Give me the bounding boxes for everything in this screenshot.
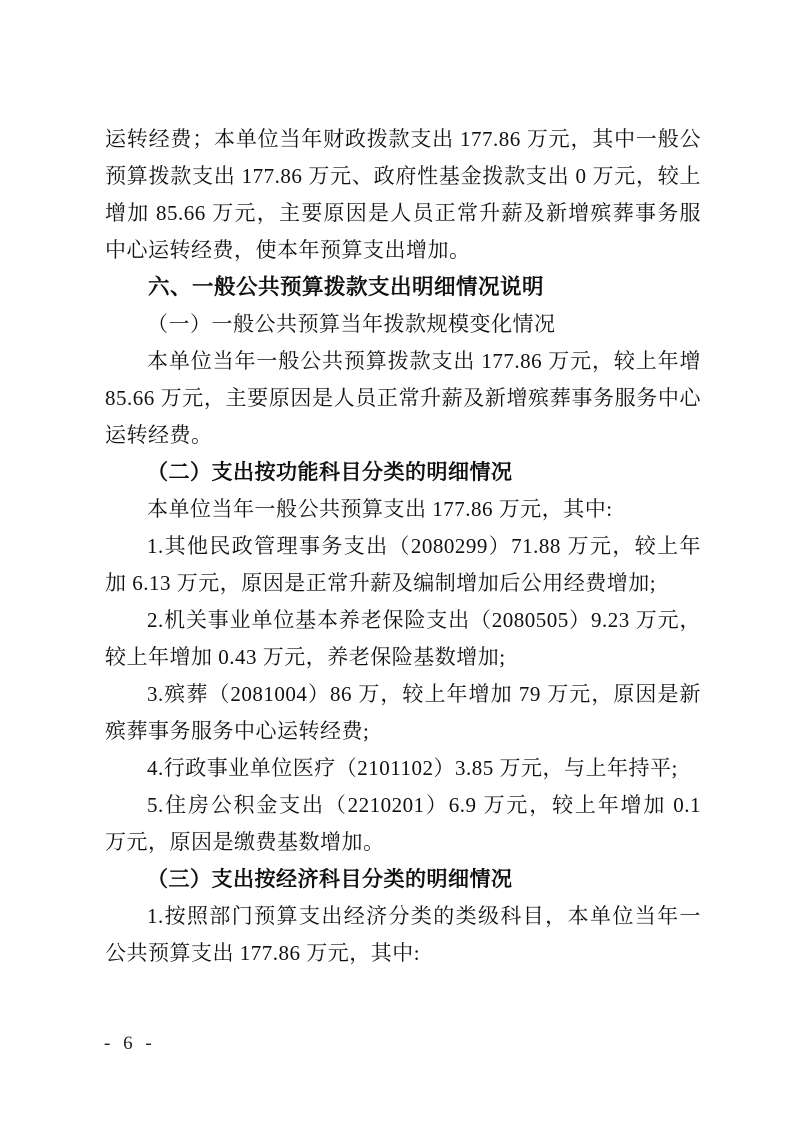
text-line: 1.其他民政管理事务支出（2080299）71.88 万元，较上年增	[105, 528, 701, 565]
text-line: 5.住房公积金支出（2210201）6.9 万元，较上年增加 0.1	[105, 787, 701, 824]
text-line: （一）一般公共预算当年拨款规模变化情况	[105, 306, 701, 343]
text-line: 本单位当年一般公共预算支出 177.86 万元，其中:	[105, 491, 701, 528]
text-line: 85.66 万元，主要原因是人员正常升薪及新增殡葬事务服务中心	[105, 380, 701, 417]
text-line: 中心运转经费，使本年预算支出增加。	[105, 232, 701, 269]
text-line: 4.行政事业单位医疗（2101102）3.85 万元，与上年持平;	[105, 750, 701, 787]
text-line: 增加 85.66 万元，主要原因是人员正常升薪及新增殡葬事务服务	[105, 195, 701, 232]
document-body: 运转经费；本单位当年财政拨款支出 177.86 万元，其中一般公共预算拨款支出 …	[105, 121, 701, 972]
text-line: 预算拨款支出 177.86 万元、政府性基金拨款支出 0 万元，较上年	[105, 158, 701, 195]
text-line: 万元，原因是缴费基数增加。	[105, 824, 701, 861]
text-line: 运转经费。	[105, 417, 701, 454]
text-line: 加 6.13 万元，原因是正常升薪及编制增加后公用经费增加;	[105, 565, 701, 602]
document-page: 运转经费；本单位当年财政拨款支出 177.86 万元，其中一般公共预算拨款支出 …	[0, 0, 793, 1122]
text-line: 2.机关事业单位基本养老保险支出（2080505）9.23 万元，	[105, 602, 701, 639]
text-line: 3.殡葬（2081004）86 万，较上年增加 79 万元，原因是新增	[105, 676, 701, 713]
page-number: - 6 -	[104, 1031, 156, 1057]
text-line: 1.按照部门预算支出经济分类的类级科目，本单位当年一般	[105, 898, 701, 935]
text-line: 运转经费；本单位当年财政拨款支出 177.86 万元，其中一般公共	[105, 121, 701, 158]
text-line: 殡葬事务服务中心运转经费;	[105, 713, 701, 750]
text-line: 较上年增加 0.43 万元，养老保险基数增加;	[105, 639, 701, 676]
text-line: 公共预算支出 177.86 万元，其中:	[105, 935, 701, 972]
subsection-heading: （三）支出按经济科目分类的明细情况	[105, 861, 701, 898]
subsection-heading: （二）支出按功能科目分类的明细情况	[105, 454, 701, 491]
section-heading: 六、一般公共预算拨款支出明细情况说明	[105, 269, 701, 306]
text-line: 本单位当年一般公共预算拨款支出 177.86 万元，较上年增加	[105, 343, 701, 380]
